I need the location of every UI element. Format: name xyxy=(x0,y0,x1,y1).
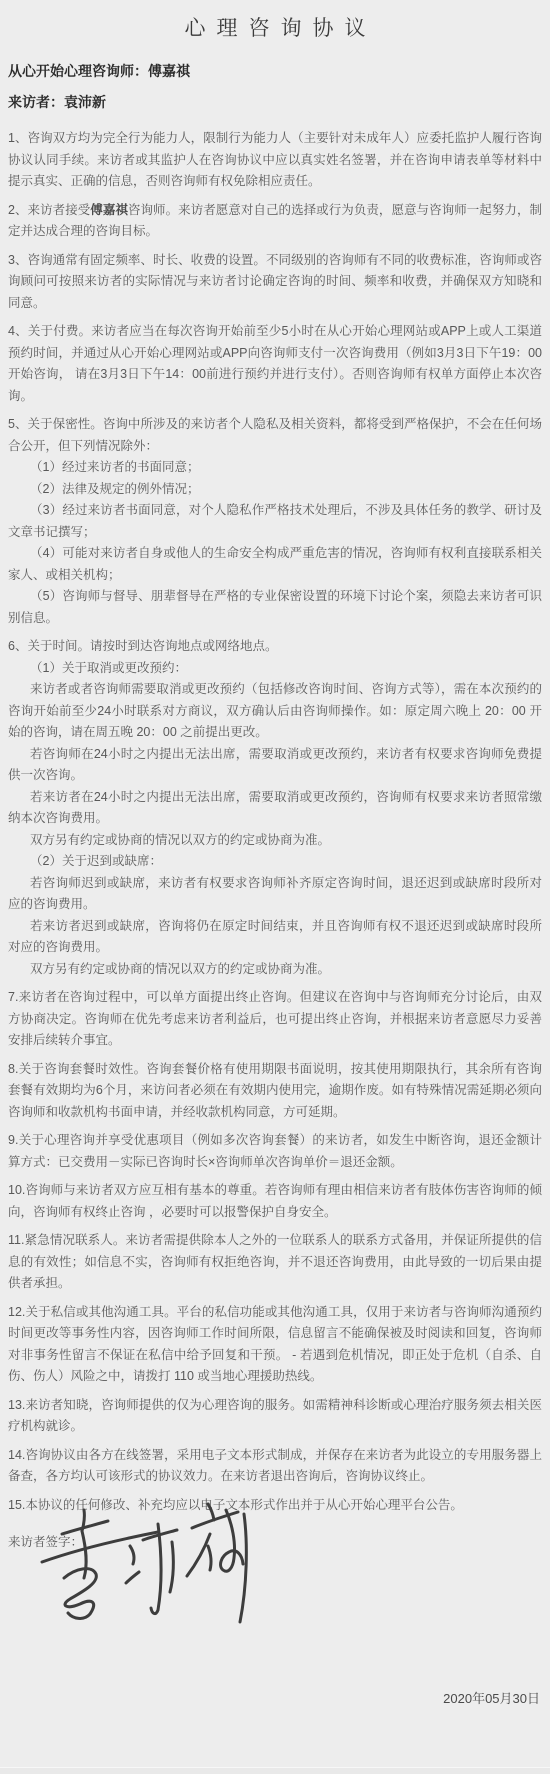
bottom-edge-divider xyxy=(0,1767,550,1774)
visitor-signature-image xyxy=(40,1498,255,1633)
agreement-section-3: 3、咨询通常有固定频率、时长、收费的设置。不同级别的咨询师有不同的收费标准，咨询… xyxy=(8,250,542,315)
agreement-paragraph: 4、关于付费。来访者应当在每次咨询开始前至少5小时在从心开始心理网站或APP上或… xyxy=(8,321,542,407)
agreement-paragraph: 7.来访者在咨询过程中，可以单方面提出终止咨询。但建议在咨询中与咨询师充分讨论后… xyxy=(8,987,542,1052)
agreement-subparagraph: 若来访者在24小时之内提出无法出席，需要取消或更改预约，咨询师有权要求来访者照常… xyxy=(8,787,542,830)
agreement-paragraph: 9.关于心理咨询并享受优惠项目（例如多次咨询套餐）的来访者，如发生中断咨询，退还… xyxy=(8,1130,542,1173)
agreement-subparagraph: （5）咨询师与督导、朋辈督导在严格的专业保密设置的环境下讨论个案，须隐去来访者可… xyxy=(8,586,542,629)
counselor-name: 傅嘉祺 xyxy=(148,63,190,79)
agreement-subparagraph: 双方另有约定或协商的情况以双方的约定或协商为准。 xyxy=(8,959,542,981)
agreement-document: 心理咨询协议 从心开始心理咨询师：傅嘉祺 来访者：袁沛新 1、咨询双方均为完全行… xyxy=(0,0,550,1554)
counselor-line: 从心开始心理咨询师：傅嘉祺 xyxy=(8,62,542,80)
agreement-paragraph: 6、关于时间。请按时到达咨询地点或网络地点。 xyxy=(8,636,542,658)
agreement-section-2: 2、来访者接受傅嘉祺咨询师。来访者愿意对自己的选择或行为负责，愿意与咨询师一起努… xyxy=(8,200,542,243)
agreement-paragraph: 3、咨询通常有固定频率、时长、收费的设置。不同级别的咨询师有不同的收费标准，咨询… xyxy=(8,250,542,315)
agreement-subparagraph: 双方另有约定或协商的情况以双方的约定或协商为准。 xyxy=(8,830,542,852)
agreement-section-7: 7.来访者在咨询过程中，可以单方面提出终止咨询。但建议在咨询中与咨询师充分讨论后… xyxy=(8,987,542,1052)
agreement-subparagraph: （2）法律及规定的例外情况； xyxy=(8,479,542,501)
agreement-subparagraph: （1）经过来访者的书面同意； xyxy=(8,457,542,479)
agreement-section-13: 13.来访者知晓，咨询师提供的仅为心理咨询的服务。如需精神科诊断或心理治疗服务须… xyxy=(8,1395,542,1438)
agreement-section-9: 9.关于心理咨询并享受优惠项目（例如多次咨询套餐）的来访者，如发生中断咨询，退还… xyxy=(8,1130,542,1173)
page-title: 心理咨询协议 xyxy=(8,12,542,42)
agreement-subparagraph: 若来访者迟到或缺席，咨询将仍在原定时间结束，并且咨询师有权不退还迟到或缺席时段所… xyxy=(8,916,542,959)
agreement-paragraph: 12.关于私信或其他沟通工具。平台的私信功能或其他沟通工具，仅用于来访者与咨询师… xyxy=(8,1302,542,1388)
agreement-section-8: 8.关于咨询套餐时效性。咨询套餐价格有使用期限书面说明，按其使用期限执行，其余所… xyxy=(8,1059,542,1124)
agreement-paragraph: 10.咨询师与来访者双方应互相有基本的尊重。若咨询师有理由相信来访者有肢体伤害咨… xyxy=(8,1180,542,1223)
agreement-date: 2020年05月30日 xyxy=(443,1688,540,1707)
agreement-paragraph: 5、关于保密性。咨询中所涉及的来访者个人隐私及相关资料，都将受到严格保护，不会在… xyxy=(8,414,542,457)
agreement-paragraph: 13.来访者知晓，咨询师提供的仅为心理咨询的服务。如需精神科诊断或心理治疗服务须… xyxy=(8,1395,542,1438)
agreement-section-10: 10.咨询师与来访者双方应互相有基本的尊重。若咨询师有理由相信来访者有肢体伤害咨… xyxy=(8,1180,542,1223)
agreement-subparagraph: （1）关于取消或更改预约： xyxy=(8,658,542,680)
agreement-subparagraph: （2）关于迟到或缺席： xyxy=(8,851,542,873)
agreement-section-12: 12.关于私信或其他沟通工具。平台的私信功能或其他沟通工具，仅用于来访者与咨询师… xyxy=(8,1302,542,1388)
agreement-section-1: 1、咨询双方均为完全行为能力人，限制行为能力人（主要针对未成年人）应委托监护人履… xyxy=(8,128,542,193)
agreement-paragraph: 8.关于咨询套餐时效性。咨询套餐价格有使用期限书面说明，按其使用期限执行，其余所… xyxy=(8,1059,542,1124)
visitor-name: 袁沛新 xyxy=(64,94,106,110)
agreement-subparagraph: （3）经过来访者书面同意，对个人隐私作严格技术处理后，不涉及具体任务的教学、研讨… xyxy=(8,500,542,543)
agreement-subparagraph: 若咨询师迟到或缺席，来访者有权要求咨询师补齐原定咨询时间，退还迟到或缺席时段所对… xyxy=(8,873,542,916)
counselor-name-inline: 傅嘉祺 xyxy=(90,203,128,217)
agreement-paragraph: 1、咨询双方均为完全行为能力人，限制行为能力人（主要针对未成年人）应委托监护人履… xyxy=(8,128,542,193)
visitor-label: 来访者： xyxy=(8,94,64,110)
agreement-subparagraph: 来访者或者咨询师需要取消或更改预约（包括修改咨询时间、咨询方式等），需在本次预约… xyxy=(8,679,542,744)
agreement-section-4: 4、关于付费。来访者应当在每次咨询开始前至少5小时在从心开始心理网站或APP上或… xyxy=(8,321,542,407)
paragraph-text: 2、来访者接受 xyxy=(8,203,90,217)
agreement-subparagraph: 若咨询师在24小时之内提出无法出席，需要取消或更改预约，来访者有权要求咨询师免费… xyxy=(8,744,542,787)
agreement-section-14: 14.咨询协议由各方在线签署，采用电子文本形式制成，并保存在来访者为此设立的专用… xyxy=(8,1445,542,1488)
agreement-subparagraph: （4）可能对来访者自身或他人的生命安全构成严重危害的情况，咨询师有权利直接联系相… xyxy=(8,543,542,586)
agreement-paragraph: 2、来访者接受傅嘉祺咨询师。来访者愿意对自己的选择或行为负责，愿意与咨询师一起努… xyxy=(8,200,542,243)
visitor-line: 来访者：袁沛新 xyxy=(8,93,542,111)
agreement-section-5: 5、关于保密性。咨询中所涉及的来访者个人隐私及相关资料，都将受到严格保护，不会在… xyxy=(8,414,542,629)
agreement-section-6: 6、关于时间。请按时到达咨询地点或网络地点。 （1）关于取消或更改预约： 来访者… xyxy=(8,636,542,980)
agreement-paragraph: 11.紧急情况联系人。来访者需提供除本人之外的一位联系人的联系方式备用，并保证所… xyxy=(8,1230,542,1295)
counselor-label: 从心开始心理咨询师： xyxy=(8,63,148,79)
agreement-paragraph: 14.咨询协议由各方在线签署，采用电子文本形式制成，并保存在来访者为此设立的专用… xyxy=(8,1445,542,1488)
agreement-section-11: 11.紧急情况联系人。来访者需提供除本人之外的一位联系人的联系方式备用，并保证所… xyxy=(8,1230,542,1295)
